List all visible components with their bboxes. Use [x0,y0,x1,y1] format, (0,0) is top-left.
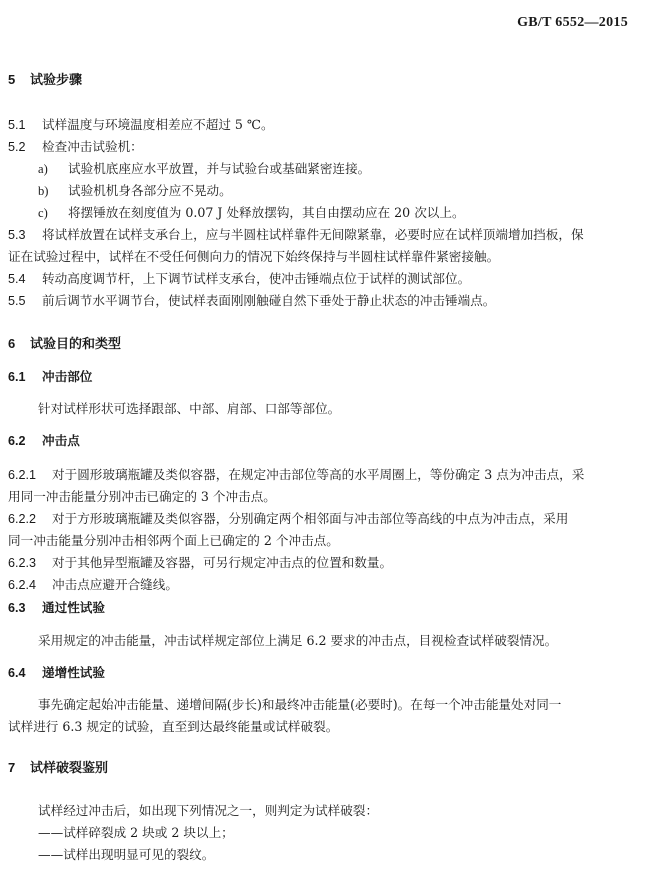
clause-6-2-2: 6.2.2对于方形玻璃瓶罐及类似容器，分别确定两个相邻面与冲击部位等高线的中点为… [8,508,636,552]
clause-6-3-text: 采用规定的冲击能量，冲击试样规定部位上满足 6.2 要求的冲击点，目视检查试样破… [8,630,636,652]
clause-6-4-text: 事先确定起始冲击能量、递增间隔(步长)和最终冲击能量(必要时)。在每一个冲击能量… [8,694,636,738]
section-number: 5 [8,69,30,91]
clause-6-2-4: 6.2.4冲击点应避开合缝线。 [8,574,636,596]
list-item-a: a)试验机底座应水平放置，并与试验台或基础紧密连接。 [8,158,636,180]
section-6-heading: 6试验目的和类型 [8,333,636,356]
list-item-b: b)试验机机身各部分应不晃动。 [8,180,636,202]
clause-text-line2: 同一冲击能量分别冲击相邻两个面上已确定的 2 个冲击点。 [8,530,636,552]
clause-number: 6.2.1 [8,464,52,486]
dash-item-text: 试样出现明显可见的裂纹。 [63,847,214,862]
clause-title: 通过性试验 [42,600,105,615]
list-text: 将摆锤放在刻度值为 0.07 J 处释放摆钩，其自由摆动应在 20 次以上。 [68,205,465,220]
list-label: b) [38,180,68,202]
clause-number: 5.2 [8,136,42,158]
clause-number: 6.3 [8,597,42,619]
dash-item-text: 试样碎裂成 2 块或 2 块以上； [63,825,234,840]
clause-5-2: 5.2检查冲击试验机： [8,136,636,158]
section-number: 7 [8,757,30,779]
clause-number: 6.2.3 [8,552,52,574]
clause-number: 5.4 [8,268,42,290]
dash-item-1: ——试样碎裂成 2 块或 2 块以上； [8,822,636,844]
clause-text-line2: 证在试验过程中，试样在不受任何侧向力的情况下始终保持与半圆柱试样靠件紧密接触。 [8,246,636,268]
clause-text-line1: 对于圆形玻璃瓶罐及类似容器，在规定冲击部位等高的水平周圈上，等份确定 3 点为冲… [52,467,584,482]
clause-text: 对于其他异型瓶罐及容器，可另行规定冲击点的位置和数量。 [52,555,392,570]
clause-5-4: 5.4转动高度调节杆，上下调节试样支承台，使冲击锤端点位于试样的测试部位。 [8,268,636,290]
clause-title: 冲击部位 [42,369,92,384]
clause-number: 6.2.2 [8,508,52,530]
section-title: 试验步骤 [30,73,82,88]
clause-6-3-heading: 6.3通过性试验 [8,597,636,619]
clause-6-2-3: 6.2.3对于其他异型瓶罐及容器，可另行规定冲击点的位置和数量。 [8,552,636,574]
clause-title: 冲击点 [42,433,80,448]
clause-number: 6.2.4 [8,574,52,596]
clause-5-3: 5.3将试样放置在试样支承台上，应与半圆柱试样靠件无间隙紧靠，必要时应在试样顶端… [8,224,636,268]
list-label: c) [38,202,68,224]
standard-code: GB/T 6552—2015 [517,15,628,31]
clause-text: 转动高度调节杆，上下调节试样支承台，使冲击锤端点位于试样的测试部位。 [42,271,470,286]
section-7-heading: 7试样破裂鉴别 [8,757,636,780]
clause-text: 冲击点应避开合缝线。 [52,577,178,592]
list-label: a) [38,158,68,180]
clause-text-line2: 试样进行 6.3 规定的试验，直至到达最终能量或试样破裂。 [8,716,636,738]
section-title: 试样破裂鉴别 [30,761,108,776]
clause-number: 5.1 [8,114,42,136]
clause-6-2-1: 6.2.1对于圆形玻璃瓶罐及类似容器，在规定冲击部位等高的水平周圈上，等份确定 … [8,464,636,508]
clause-number: 5.5 [8,290,42,312]
clause-title: 递增性试验 [42,665,105,680]
list-text: 试验机底座应水平放置，并与试验台或基础紧密连接。 [68,161,370,176]
clause-text: 试样温度与环境温度相差应不超过 5 ℃。 [42,117,274,132]
list-item-c: c)将摆锤放在刻度值为 0.07 J 处释放摆钩，其自由摆动应在 20 次以上。 [8,202,636,224]
clause-6-4-heading: 6.4递增性试验 [8,662,636,684]
list-text: 试验机机身各部分应不晃动。 [68,183,232,198]
clause-text-line1: 事先确定起始冲击能量、递增间隔(步长)和最终冲击能量(必要时)。在每一个冲击能量… [8,694,636,716]
section-title: 试验目的和类型 [30,337,121,352]
section-7-intro: 试样经过冲击后，如出现下列情况之一，则判定为试样破裂： [8,800,636,822]
clause-text-line1: 将试样放置在试样支承台上，应与半圆柱试样靠件无间隙紧靠，必要时应在试样顶端增加挡… [42,227,584,242]
section-number: 6 [8,333,30,355]
clause-number: 6.2 [8,430,42,452]
clause-text: 前后调节水平调节台，使试样表面刚刚触碰自然下垂处于静止状态的冲击锤端点。 [42,293,495,308]
dash-mark: —— [38,847,63,862]
section-5-heading: 5试验步骤 [8,69,636,92]
clause-6-1-heading: 6.1冲击部位 [8,366,636,388]
clause-number: 6.1 [8,366,42,388]
clause-number: 6.4 [8,662,42,684]
clause-text: 检查冲击试验机： [42,139,143,154]
clause-number: 5.3 [8,224,42,246]
dash-mark: —— [38,825,63,840]
clause-text-line2: 用同一冲击能量分别冲击已确定的 3 个冲击点。 [8,486,636,508]
clause-5-1: 5.1试样温度与环境温度相差应不超过 5 ℃。 [8,114,636,136]
clause-6-1-text: 针对试样形状可选择跟部、中部、肩部、口部等部位。 [8,398,636,420]
clause-text-line1: 对于方形玻璃瓶罐及类似容器，分别确定两个相邻面与冲击部位等高线的中点为冲击点，采… [52,511,568,526]
dash-item-2: ——试样出现明显可见的裂纹。 [8,844,636,866]
clause-6-2-heading: 6.2冲击点 [8,430,636,452]
clause-5-5: 5.5前后调节水平调节台，使试样表面刚刚触碰自然下垂处于静止状态的冲击锤端点。 [8,290,636,312]
